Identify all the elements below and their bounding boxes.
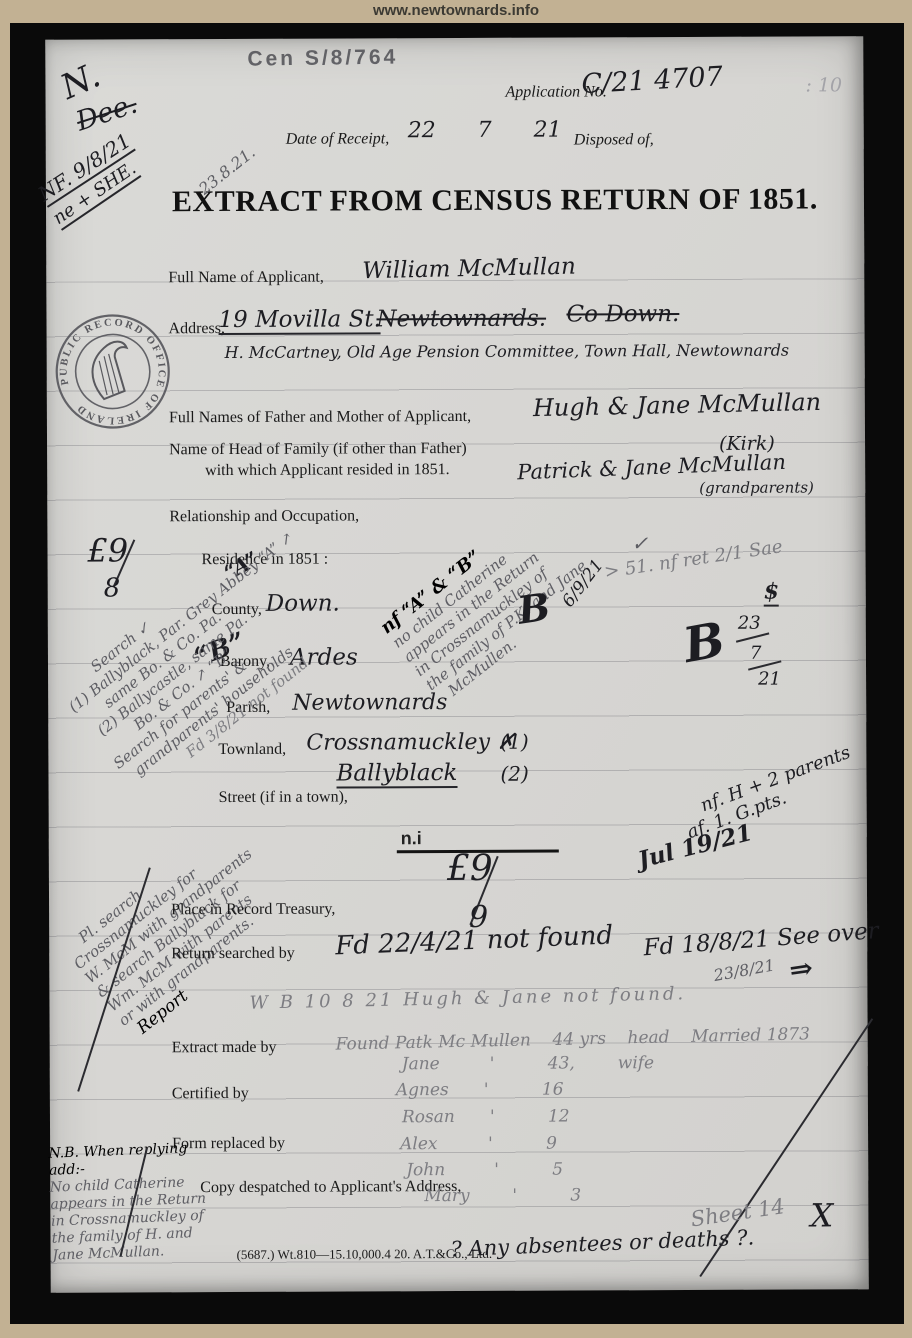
- dollar-mark: $: [764, 579, 779, 607]
- ditto-mark: ': [490, 1107, 548, 1134]
- ditto-mark: ': [490, 1054, 548, 1080]
- census-row: Mary ' 3: [424, 1185, 654, 1212]
- townland-no-1: (1): [500, 730, 528, 754]
- address-value-1: 19 Movilla St.: [218, 306, 380, 335]
- townland-value-1: Crossnamuckley ✗: [306, 730, 515, 756]
- address-value-2: Newtownards.: [376, 306, 546, 333]
- parish-value: Newtownards: [292, 690, 447, 716]
- searched-entry-2-date: 23/8/21: [712, 955, 776, 985]
- person-age: 43,: [548, 1053, 618, 1079]
- ret-note: > 51. nf ret 2/1 Sae: [603, 536, 784, 583]
- pencil-note-10: : 10: [805, 74, 842, 96]
- pen-stroke: [736, 632, 769, 642]
- person-age: 16: [542, 1079, 612, 1106]
- census-extract-document: Cen S/8/764 Application No. C/21 4707 : …: [45, 36, 868, 1293]
- parents-label: Full Names of Father and Mother of Appli…: [169, 408, 471, 427]
- full-name-label: Full Name of Applicant,: [168, 269, 324, 288]
- address-value-3: Co Down.: [566, 301, 679, 327]
- absentees-deaths-note: ? Any absentees or deaths ?.: [450, 1225, 754, 1261]
- person-name: Rosan: [402, 1107, 490, 1134]
- ditto-mark: ': [512, 1186, 570, 1212]
- x-mark: X: [810, 1196, 833, 1234]
- document-title: EXTRACT FROM CENSUS RETURN OF 1851.: [172, 182, 818, 219]
- harp-icon: [85, 339, 139, 400]
- b-sign-date-part: 7: [750, 643, 762, 664]
- place-record-treasury-label: Place in Record Treasury,: [171, 901, 335, 920]
- address-agent-line: H. McCartney, Old Age Pension Committee,…: [225, 341, 790, 362]
- ditto-mark: ': [484, 1080, 542, 1107]
- extract-head-row: Found Patk Mc Mullen 44 yrs head Married…: [335, 1024, 810, 1054]
- person-age: 5: [552, 1159, 622, 1185]
- person-name: Alex: [400, 1134, 488, 1160]
- wb-search-result-line: W B 10 8 21 Hugh & Jane not found.: [249, 983, 686, 1014]
- person-name: Mary: [424, 1186, 512, 1212]
- fee-9-8-bottom: 8: [104, 573, 121, 603]
- svg-text:PUBLIC RECORD OFFICE OF IRELAN: PUBLIC RECORD OFFICE OF IRELAND: [46, 305, 180, 439]
- date-of-receipt-value: 22 7 21: [408, 118, 562, 144]
- person-name: Jane: [402, 1054, 490, 1080]
- head-family-label-2: with which Applicant resided in 1851.: [205, 461, 449, 480]
- application-no-value: C/21 4707: [581, 61, 724, 100]
- townland-no-2: (2): [500, 762, 528, 786]
- townland-label: Townland,: [218, 741, 286, 759]
- b-initial-signature-2: B: [679, 612, 729, 674]
- census-row: Agnes ' 16: [396, 1079, 654, 1107]
- person-relation: wife: [618, 1053, 654, 1079]
- searched-entry-1: Fd 22/4/21 not found: [335, 920, 614, 961]
- searched-entry-2: Fd 18/8/21 See over: [643, 918, 880, 961]
- census-family-list: Jane ' 43, wife Agnes ' 16 Rosan ' 12 Al…: [402, 1053, 655, 1212]
- census-row: Alex ' 9: [400, 1133, 654, 1160]
- check-mark: ✓: [631, 531, 648, 555]
- head-family-grandparents: (grandparents): [699, 478, 814, 497]
- b-initial-signature: B: [515, 584, 553, 633]
- person-name: Agnes: [396, 1080, 484, 1107]
- census-row: John ' 5: [406, 1159, 654, 1186]
- townland-value-2: Ballyblack: [336, 760, 457, 789]
- census-row: Rosan ' 12: [402, 1106, 654, 1134]
- return-searched-label: Return searched by: [171, 945, 295, 964]
- street-label: Street (if in a town),: [219, 788, 348, 807]
- ditto-mark: ': [494, 1160, 552, 1186]
- arrow-mark: ⇒: [787, 951, 815, 987]
- person-age: 9: [546, 1133, 616, 1159]
- census-row: Jane ' 43, wife: [402, 1053, 654, 1080]
- ditto-mark: ': [488, 1134, 546, 1160]
- extract-made-by-label: Extract made by: [172, 1039, 277, 1057]
- parents-value: Hugh & Jane McMullan: [533, 388, 822, 422]
- seal-text: PUBLIC RECORD OFFICE OF IRELAND: [46, 305, 180, 439]
- head-family-label-1: Name of Head of Family (if other than Fa…: [169, 440, 467, 459]
- person-name: John: [406, 1160, 494, 1186]
- cen-reference-stamp: Cen S/8/764: [247, 46, 398, 72]
- date-of-receipt-label: Date of Receipt,: [286, 130, 390, 148]
- b-sign-date-part: 21: [758, 669, 781, 690]
- certified-by-label: Certified by: [172, 1085, 249, 1103]
- address-label: Address,: [168, 320, 225, 338]
- public-record-office-seal: PUBLIC RECORD OFFICE OF IRELAND: [38, 297, 187, 446]
- scan-frame: Cen S/8/764 Application No. C/21 4707 : …: [10, 23, 904, 1324]
- nb-replying-note: N.B. When replying add:- No child Cather…: [48, 1140, 208, 1265]
- person-age: 12: [548, 1106, 618, 1133]
- site-url: www.newtownards.info: [373, 2, 539, 19]
- site-banner: www.newtownards.info: [0, 0, 912, 22]
- full-name-value: William McMullan: [362, 254, 576, 285]
- b-sign-date-part: 23: [738, 613, 761, 634]
- disposed-of-label: Disposed of,: [574, 131, 654, 149]
- person-age: 3: [570, 1185, 640, 1211]
